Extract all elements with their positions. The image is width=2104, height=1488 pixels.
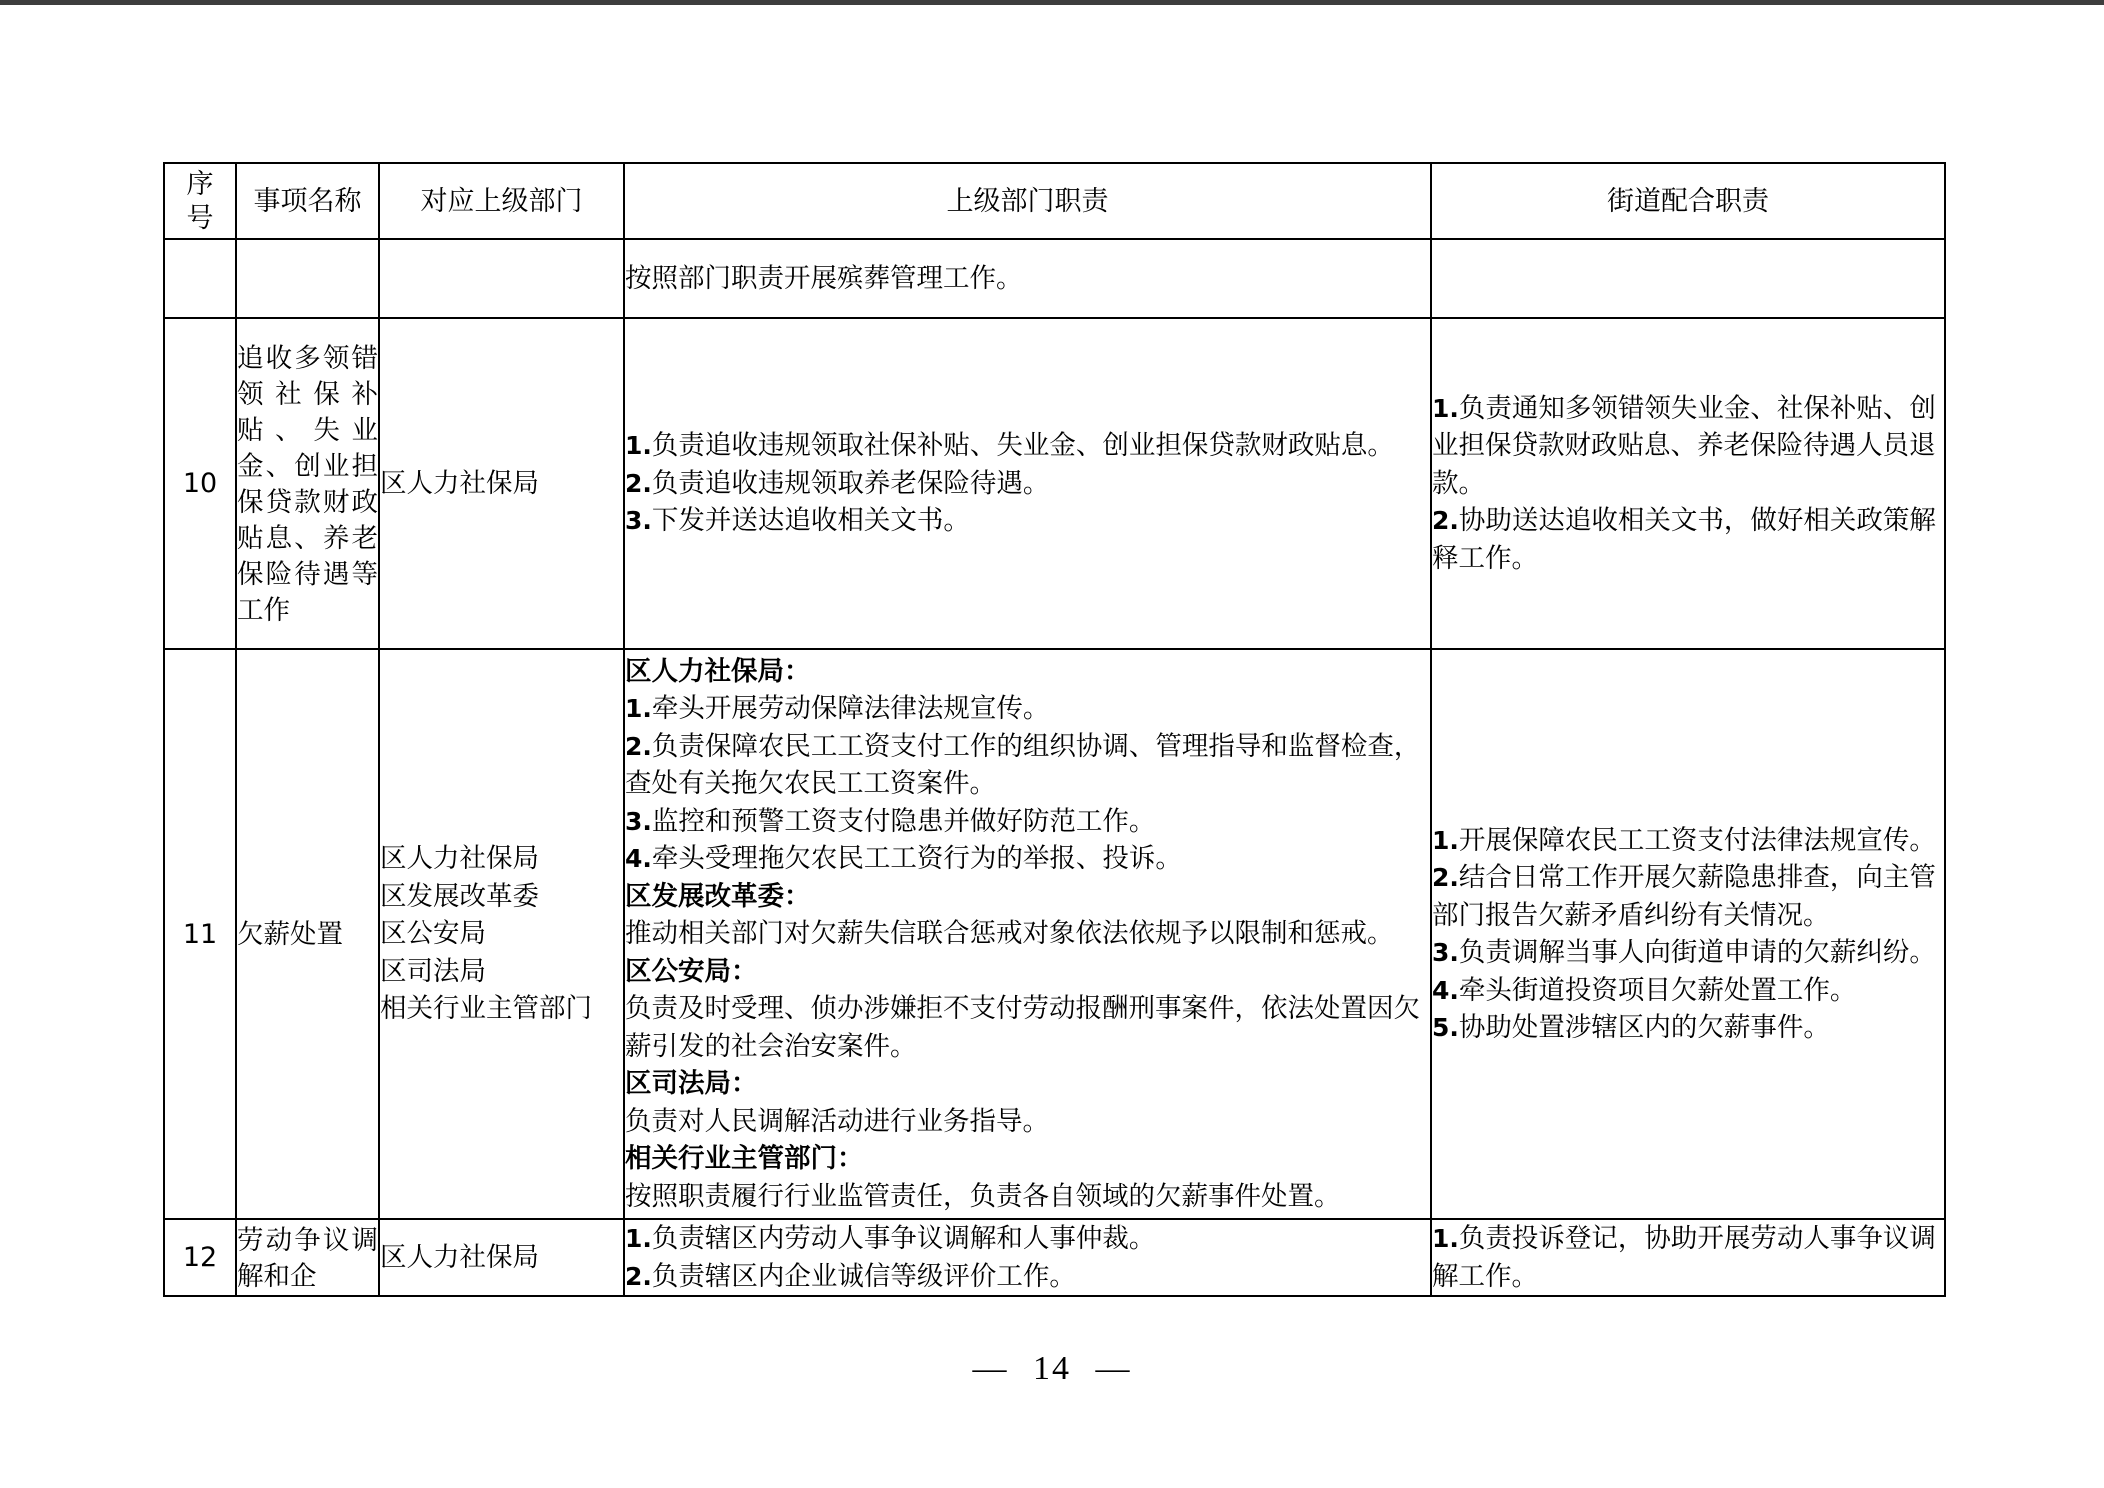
- row10-street-duties: 1.负责通知多领错领失业金、社保补贴、创业担保贷款财政贴息、养老保险待遇人员退款…: [1431, 318, 1945, 649]
- duty-item: 3.下发并送达追收相关文书。: [625, 502, 1430, 540]
- duty-item: 2.负责追收违规领取养老保险待遇。: [625, 465, 1430, 503]
- row10-dept: 区人力社保局: [379, 318, 624, 649]
- duty-item: 2.负责保障农民工工资支付工作的组织协调、管理指导和监督检查，查处有关拖欠农民工…: [625, 728, 1430, 803]
- row12-dept: 区人力社保局: [379, 1219, 624, 1296]
- duty-item: 1.负责辖区内劳动人事争议调解和人事仲裁。: [625, 1220, 1430, 1258]
- row12-superior-duties: 1.负责辖区内劳动人事争议调解和人事仲裁。 2.负责辖区内企业诚信等级评价工作。: [624, 1219, 1431, 1296]
- dept-heading: 区司法局：: [625, 1065, 1430, 1103]
- row10-seq: 10: [164, 318, 236, 649]
- row11-item-name: 欠薪处置: [236, 649, 379, 1219]
- table-row-10: 10 追收多领错领社保补贴、失业金、创业担保贷款财政贴息、养老保险待遇等工作 区…: [164, 318, 1945, 649]
- table-row-11: 11 欠薪处置 区人力社保局 区发展改革委 区公安局 区司法局 相关行业主管部门…: [164, 649, 1945, 1219]
- table-header-row: 序号 事项名称 对应上级部门 上级部门职责 街道配合职责: [164, 163, 1945, 239]
- duty-item: 2.负责辖区内企业诚信等级评价工作。: [625, 1258, 1430, 1296]
- header-superior-duty: 上级部门职责: [624, 163, 1431, 239]
- table-row-continuation: 按照部门职责开展殡葬管理工作。: [164, 239, 1945, 318]
- row11-street-duties: 1.开展保障农民工工资支付法律法规宣传。 2.结合日常工作开展欠薪隐患排查，向主…: [1431, 649, 1945, 1219]
- row10-item-name: 追收多领错领社保补贴、失业金、创业担保贷款财政贴息、养老保险待遇等工作: [236, 318, 379, 649]
- duty-item: 3.监控和预警工资支付隐患并做好防范工作。: [625, 803, 1430, 841]
- dept-heading: 相关行业主管部门：: [625, 1140, 1430, 1178]
- header-superior-dept: 对应上级部门: [379, 163, 624, 239]
- row11-seq: 11: [164, 649, 236, 1219]
- dept-line: 区人力社保局: [380, 1239, 623, 1277]
- duty-item: 按照职责履行行业监管责任，负责各自领域的欠薪事件处置。: [625, 1178, 1430, 1216]
- duty-item: 3.负责调解当事人向街道申请的欠薪纠纷。: [1432, 934, 1944, 972]
- cont-seq-cell: [164, 239, 236, 318]
- duty-item: 2.协助送达追收相关文书，做好相关政策解释工作。: [1432, 502, 1944, 577]
- duty-item: 4.牵头受理拖欠农民工工资行为的举报、投诉。: [625, 840, 1430, 878]
- document-page: 序号 事项名称 对应上级部门 上级部门职责 街道配合职责 按照部门职责开展殡葬管…: [0, 0, 2104, 1488]
- row12-seq: 12: [164, 1219, 236, 1296]
- dept-line: 区人力社保局: [380, 840, 623, 878]
- duty-item: 1.牵头开展劳动保障法律法规宣传。: [625, 690, 1430, 728]
- duty-item: 2.结合日常工作开展欠薪隐患排查，向主管部门报告欠薪矛盾纠纷有关情况。: [1432, 859, 1944, 934]
- duty-item: 4.牵头街道投资项目欠薪处置工作。: [1432, 972, 1944, 1010]
- dept-line: 区公安局: [380, 915, 623, 953]
- dept-line: 区发展改革委: [380, 878, 623, 916]
- duty-item: 推动相关部门对欠薪失信联合惩戒对象依法依规予以限制和惩戒。: [625, 915, 1430, 953]
- duty-line: 按照部门职责开展殡葬管理工作。: [625, 260, 1430, 298]
- table-row-12: 12 劳动争议调解和企 区人力社保局 1.负责辖区内劳动人事争议调解和人事仲裁。…: [164, 1219, 1945, 1296]
- cont-name-cell: [236, 239, 379, 318]
- row11-superior-duties: 区人力社保局： 1.牵头开展劳动保障法律法规宣传。 2.负责保障农民工工资支付工…: [624, 649, 1431, 1219]
- row11-depts: 区人力社保局 区发展改革委 区公安局 区司法局 相关行业主管部门: [379, 649, 624, 1219]
- duty-item: 1.负责通知多领错领失业金、社保补贴、创业担保贷款财政贴息、养老保险待遇人员退款…: [1432, 390, 1944, 503]
- cont-street-duty-cell: [1431, 239, 1945, 318]
- page-number: — 14 —: [0, 1350, 2104, 1388]
- header-item-name: 事项名称: [236, 163, 379, 239]
- dept-heading: 区公安局：: [625, 953, 1430, 991]
- dept-line: 相关行业主管部门: [380, 990, 623, 1028]
- duty-item: 1.负责投诉登记，协助开展劳动人事争议调解工作。: [1432, 1220, 1944, 1295]
- dept-line: 区司法局: [380, 953, 623, 991]
- duty-item: 负责及时受理、侦办涉嫌拒不支付劳动报酬刑事案件，依法处置因欠薪引发的社会治安案件…: [625, 990, 1430, 1065]
- cont-dept-cell: [379, 239, 624, 318]
- window-top-border: [0, 0, 2104, 5]
- duty-item: 5.协助处置涉辖区内的欠薪事件。: [1432, 1009, 1944, 1047]
- row10-superior-duties: 1.负责追收违规领取社保补贴、失业金、创业担保贷款财政贴息。 2.负责追收违规领…: [624, 318, 1431, 649]
- row12-item-name: 劳动争议调解和企: [236, 1219, 379, 1296]
- cont-superior-duty-cell: 按照部门职责开展殡葬管理工作。: [624, 239, 1431, 318]
- header-street-duty: 街道配合职责: [1431, 163, 1945, 239]
- responsibility-table: 序号 事项名称 对应上级部门 上级部门职责 街道配合职责 按照部门职责开展殡葬管…: [163, 162, 1946, 1297]
- row12-street-duties: 1.负责投诉登记，协助开展劳动人事争议调解工作。: [1431, 1219, 1945, 1296]
- dept-heading: 区人力社保局：: [625, 653, 1430, 691]
- duty-item: 1.开展保障农民工工资支付法律法规宣传。: [1432, 822, 1944, 860]
- duty-item: 1.负责追收违规领取社保补贴、失业金、创业担保贷款财政贴息。: [625, 427, 1430, 465]
- dept-heading: 区发展改革委：: [625, 878, 1430, 916]
- dept-line: 区人力社保局: [380, 465, 623, 503]
- duty-item: 负责对人民调解活动进行业务指导。: [625, 1103, 1430, 1141]
- header-seq: 序号: [164, 163, 236, 239]
